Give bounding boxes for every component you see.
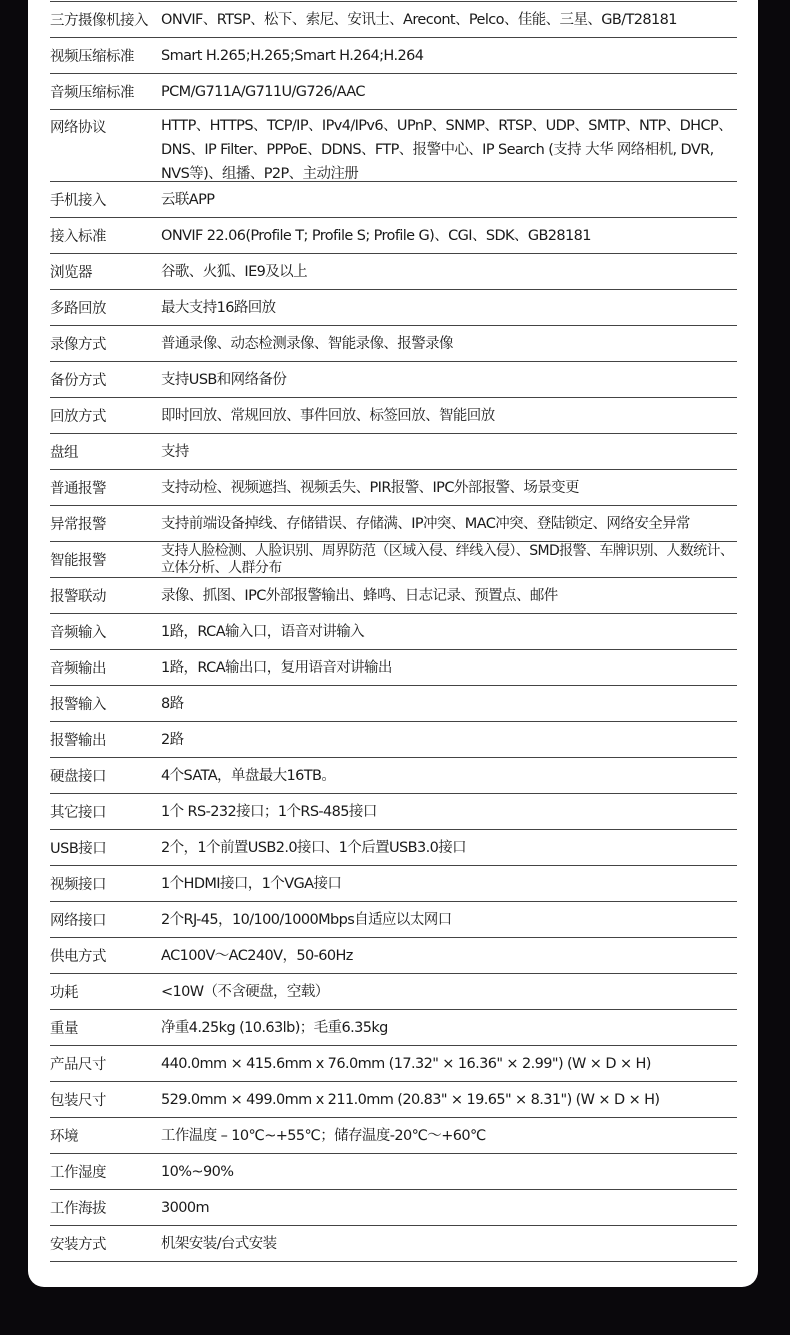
spec-value: 支持前端设备掉线、存储错误、存储满、IP冲突、MAC冲突、登陆锁定、网络安全异常 bbox=[161, 512, 737, 536]
spec-value: 529.0mm × 499.0mm x 211.0mm (20.83" × 19… bbox=[161, 1088, 737, 1112]
spec-label: 接入标准 bbox=[50, 225, 161, 246]
spec-value: 最大支持16路回放 bbox=[161, 296, 737, 320]
spec-value: 2路 bbox=[161, 728, 737, 752]
spec-row-network-interface: 网络接口 2个RJ-45，10/100/1000Mbps自适应以太网口 bbox=[50, 902, 737, 938]
spec-row-working-humidity: 工作湿度 10%~90% bbox=[50, 1154, 737, 1190]
spec-value: 净重4.25kg (10.63lb)；毛重6.35kg bbox=[161, 1016, 737, 1040]
spec-label: 音频压缩标准 bbox=[50, 81, 161, 102]
spec-row-mobile-access: 手机接入 云联APP bbox=[50, 182, 737, 218]
spec-label: 视频接口 bbox=[50, 873, 161, 894]
spec-table: 三方摄像机接入 ONVIF、RTSP、松下、索尼、安讯士、Arecont、Pel… bbox=[50, 1, 737, 1262]
spec-label: 工作海拔 bbox=[50, 1197, 161, 1218]
spec-row-alarm-output: 报警输出 2路 bbox=[50, 722, 737, 758]
spec-value: 工作温度 – 10℃~+55℃；储存温度-20℃～+60℃ bbox=[161, 1124, 737, 1148]
spec-row-exception-alarm: 异常报警 支持前端设备掉线、存储错误、存储满、IP冲突、MAC冲突、登陆锁定、网… bbox=[50, 506, 737, 542]
spec-row-disk-group: 盘组 支持 bbox=[50, 434, 737, 470]
spec-label: 硬盘接口 bbox=[50, 765, 161, 786]
spec-value: 云联APP bbox=[161, 188, 737, 212]
spec-row-hdd-interface: 硬盘接口 4个SATA，单盘最大16TB。 bbox=[50, 758, 737, 794]
spec-row-product-dimensions: 产品尺寸 440.0mm × 415.6mm x 76.0mm (17.32" … bbox=[50, 1046, 737, 1082]
spec-value: 谷歌、火狐、IE9及以上 bbox=[161, 260, 737, 284]
spec-row-installation: 安装方式 机架安装/台式安装 bbox=[50, 1226, 737, 1262]
spec-row-other-interface: 其它接口 1个 RS-232接口；1个RS-485接口 bbox=[50, 794, 737, 830]
spec-row-multi-playback: 多路回放 最大支持16路回放 bbox=[50, 290, 737, 326]
spec-label: 三方摄像机接入 bbox=[50, 9, 161, 30]
spec-label: 音频输入 bbox=[50, 621, 161, 642]
spec-value: 3000m bbox=[161, 1196, 737, 1220]
spec-row-alarm-linkage: 报警联动 录像、抓图、IPC外部报警输出、蜂鸣、日志记录、预置点、邮件 bbox=[50, 578, 737, 614]
spec-value: HTTP、HTTPS、TCP/IP、IPv4/IPv6、UPnP、SNMP、RT… bbox=[161, 114, 737, 186]
spec-value: 机架安装/台式安装 bbox=[161, 1232, 737, 1256]
spec-row-audio-compression: 音频压缩标准 PCM/G711A/G711U/G726/AAC bbox=[50, 74, 737, 110]
spec-label: 其它接口 bbox=[50, 801, 161, 822]
spec-row-access-standard: 接入标准 ONVIF 22.06(Profile T; Profile S; P… bbox=[50, 218, 737, 254]
spec-row-audio-input: 音频输入 1路，RCA输入口，语音对讲输入 bbox=[50, 614, 737, 650]
spec-label: 网络协议 bbox=[50, 114, 161, 137]
spec-value: AC100V～AC240V，50-60Hz bbox=[161, 944, 737, 968]
spec-value: 2个RJ-45，10/100/1000Mbps自适应以太网口 bbox=[161, 908, 737, 932]
spec-value: 2个，1个前置USB2.0接口、1个后置USB3.0接口 bbox=[161, 836, 737, 860]
spec-label: 录像方式 bbox=[50, 333, 161, 354]
spec-value: 4个SATA，单盘最大16TB。 bbox=[161, 764, 737, 788]
spec-label: 包装尺寸 bbox=[50, 1089, 161, 1110]
spec-value: ONVIF 22.06(Profile T; Profile S; Profil… bbox=[161, 224, 737, 248]
spec-label: 报警联动 bbox=[50, 585, 161, 606]
spec-value: Smart H.265;H.265;Smart H.264;H.264 bbox=[161, 44, 737, 68]
spec-value: 普通录像、动态检测录像、智能录像、报警录像 bbox=[161, 332, 737, 356]
spec-label: 浏览器 bbox=[50, 261, 161, 282]
spec-label: 手机接入 bbox=[50, 189, 161, 210]
spec-label: 网络接口 bbox=[50, 909, 161, 930]
spec-value: 支持 bbox=[161, 440, 737, 464]
spec-row-environment: 环境 工作温度 – 10℃~+55℃；储存温度-20℃～+60℃ bbox=[50, 1118, 737, 1154]
spec-label: 供电方式 bbox=[50, 945, 161, 966]
spec-row-network-protocol: 网络协议 HTTP、HTTPS、TCP/IP、IPv4/IPv6、UPnP、SN… bbox=[50, 110, 737, 182]
spec-row-video-compression: 视频压缩标准 Smart H.265;H.265;Smart H.264;H.2… bbox=[50, 38, 737, 74]
spec-row-package-dimensions: 包装尺寸 529.0mm × 499.0mm x 211.0mm (20.83"… bbox=[50, 1082, 737, 1118]
spec-value: ONVIF、RTSP、松下、索尼、安讯士、Arecont、Pelco、佳能、三星… bbox=[161, 8, 737, 32]
spec-row-alarm-input: 报警输入 8路 bbox=[50, 686, 737, 722]
spec-row-working-altitude: 工作海拔 3000m bbox=[50, 1190, 737, 1226]
spec-label: 视频压缩标准 bbox=[50, 45, 161, 66]
spec-row-smart-alarm: 智能报警 支持人脸检测、人脸识别、周界防范（区域入侵、绊线入侵）、SMD报警、车… bbox=[50, 542, 737, 578]
spec-row-third-party-camera: 三方摄像机接入 ONVIF、RTSP、松下、索尼、安讯士、Arecont、Pel… bbox=[50, 2, 737, 38]
spec-value: 支持USB和网络备份 bbox=[161, 368, 737, 392]
spec-value: 440.0mm × 415.6mm x 76.0mm (17.32" × 16.… bbox=[161, 1052, 737, 1076]
spec-value: 1路，RCA输出口，复用语音对讲输出 bbox=[161, 656, 737, 680]
spec-label: 安装方式 bbox=[50, 1233, 161, 1254]
spec-label: 重量 bbox=[50, 1017, 161, 1038]
spec-row-audio-output: 音频输出 1路，RCA输出口，复用语音对讲输出 bbox=[50, 650, 737, 686]
spec-row-video-interface: 视频接口 1个HDMI接口，1个VGA接口 bbox=[50, 866, 737, 902]
spec-row-record-mode: 录像方式 普通录像、动态检测录像、智能录像、报警录像 bbox=[50, 326, 737, 362]
spec-value: PCM/G711A/G711U/G726/AAC bbox=[161, 80, 737, 104]
spec-row-browser: 浏览器 谷歌、火狐、IE9及以上 bbox=[50, 254, 737, 290]
spec-label: 报警输入 bbox=[50, 693, 161, 714]
spec-value: 1路，RCA输入口，语音对讲输入 bbox=[161, 620, 737, 644]
spec-value: 8路 bbox=[161, 692, 737, 716]
spec-label: USB接口 bbox=[50, 837, 161, 858]
spec-value: 1个HDMI接口，1个VGA接口 bbox=[161, 872, 737, 896]
spec-value: 1个 RS-232接口；1个RS-485接口 bbox=[161, 800, 737, 824]
spec-label: 环境 bbox=[50, 1125, 161, 1146]
spec-label: 异常报警 bbox=[50, 513, 161, 534]
spec-row-usb-interface: USB接口 2个，1个前置USB2.0接口、1个后置USB3.0接口 bbox=[50, 830, 737, 866]
spec-value: 支持人脸检测、人脸识别、周界防范（区域入侵、绊线入侵）、SMD报警、车牌识别、人… bbox=[161, 543, 737, 577]
spec-label: 音频输出 bbox=[50, 657, 161, 678]
spec-label: 产品尺寸 bbox=[50, 1053, 161, 1074]
spec-row-backup-mode: 备份方式 支持USB和网络备份 bbox=[50, 362, 737, 398]
spec-row-playback-mode: 回放方式 即时回放、常规回放、事件回放、标签回放、智能回放 bbox=[50, 398, 737, 434]
spec-label: 智能报警 bbox=[50, 549, 161, 570]
spec-label: 盘组 bbox=[50, 441, 161, 462]
spec-label: 工作湿度 bbox=[50, 1161, 161, 1182]
spec-value: 即时回放、常规回放、事件回放、标签回放、智能回放 bbox=[161, 404, 737, 428]
spec-label: 回放方式 bbox=[50, 405, 161, 426]
spec-row-power-supply: 供电方式 AC100V～AC240V，50-60Hz bbox=[50, 938, 737, 974]
spec-label: 报警输出 bbox=[50, 729, 161, 750]
spec-label: 功耗 bbox=[50, 981, 161, 1002]
spec-label: 普通报警 bbox=[50, 477, 161, 498]
spec-value: 10%~90% bbox=[161, 1160, 737, 1184]
spec-value: 录像、抓图、IPC外部报警输出、蜂鸣、日志记录、预置点、邮件 bbox=[161, 584, 737, 608]
spec-label: 多路回放 bbox=[50, 297, 161, 318]
spec-row-weight: 重量 净重4.25kg (10.63lb)；毛重6.35kg bbox=[50, 1010, 737, 1046]
spec-value: <10W（不含硬盘，空载） bbox=[161, 980, 737, 1004]
spec-value: 支持动检、视频遮挡、视频丢失、PIR报警、IPC外部报警、场景变更 bbox=[161, 476, 737, 500]
spec-row-power-consumption: 功耗 <10W（不含硬盘，空载） bbox=[50, 974, 737, 1010]
spec-row-general-alarm: 普通报警 支持动检、视频遮挡、视频丢失、PIR报警、IPC外部报警、场景变更 bbox=[50, 470, 737, 506]
spec-label: 备份方式 bbox=[50, 369, 161, 390]
